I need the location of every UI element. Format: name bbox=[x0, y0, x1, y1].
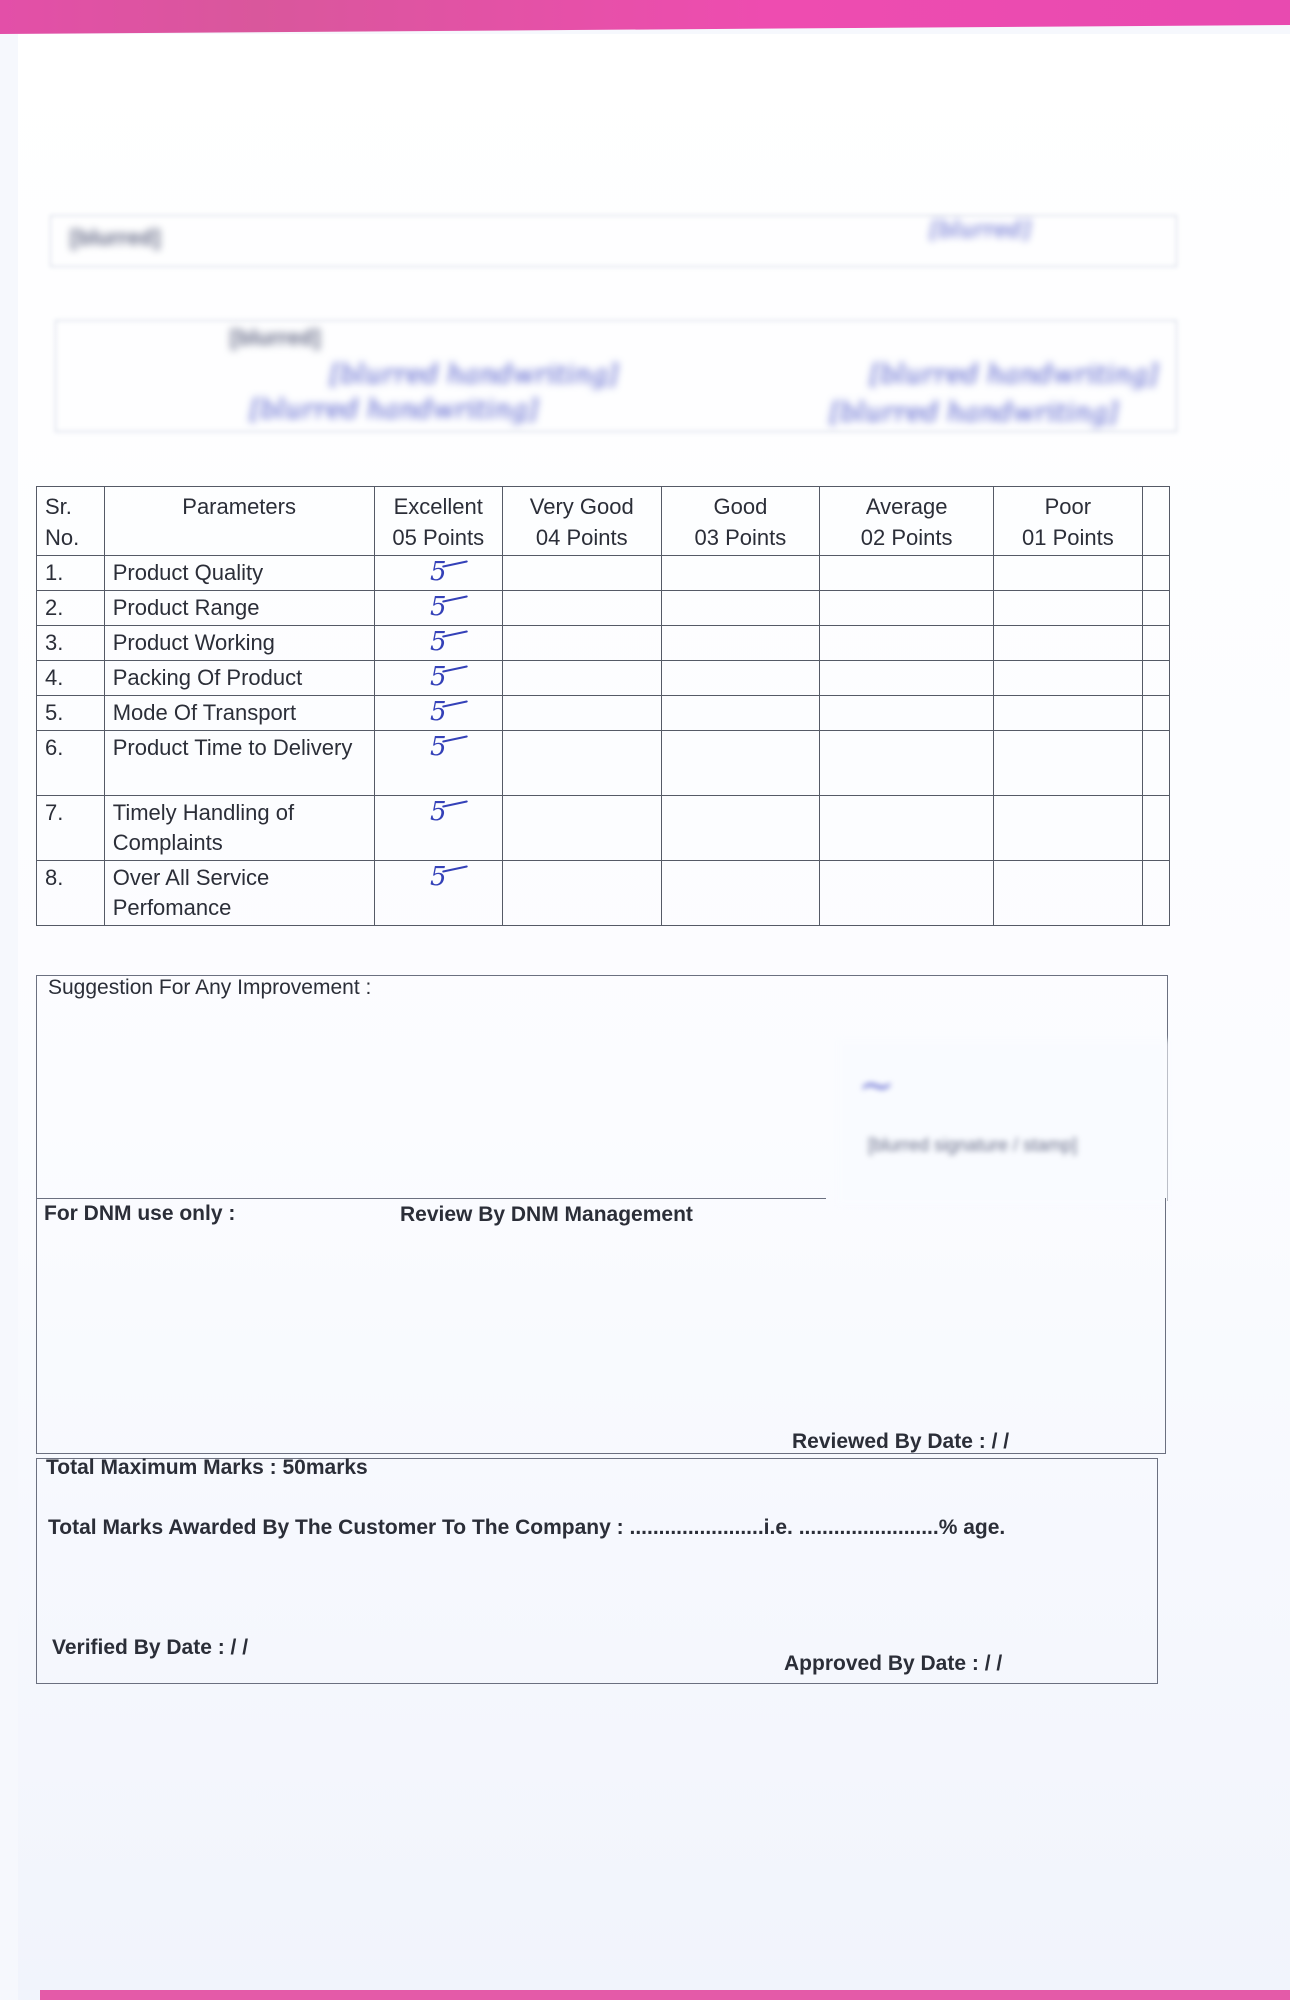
rating-cell-excellent: 5 bbox=[374, 661, 502, 696]
rating-cell-average bbox=[820, 556, 994, 591]
redacted-contact-no: [blurred handwriting] bbox=[870, 360, 1158, 390]
table-row: 1.Product Quality5 bbox=[37, 556, 1170, 591]
row-sr-no: 5. bbox=[37, 696, 105, 731]
header-sr-no: Sr.No. bbox=[37, 487, 105, 556]
rating-cell-very-good bbox=[502, 731, 661, 796]
row-parameter: Over All Service Perfomance bbox=[104, 861, 374, 926]
total-marks-awarded: Total Marks Awarded By The Customer To T… bbox=[48, 1516, 1005, 1540]
pink-folder-edge-top bbox=[0, 0, 1290, 34]
row-parameter: Product Quality bbox=[104, 556, 374, 591]
row-blank-cell bbox=[1142, 731, 1169, 796]
table-row: 4.Packing Of Product5 bbox=[37, 661, 1170, 696]
row-blank-cell bbox=[1142, 661, 1169, 696]
rating-cell-very-good bbox=[502, 626, 661, 661]
redacted-company-name: [blurred] bbox=[70, 225, 160, 251]
rating-cell-good bbox=[661, 861, 820, 926]
row-sr-no: 3. bbox=[37, 626, 105, 661]
handwritten-score: 5 bbox=[430, 629, 447, 655]
rating-cell-poor bbox=[994, 556, 1143, 591]
row-blank-cell bbox=[1142, 696, 1169, 731]
rating-cell-very-good bbox=[502, 696, 661, 731]
rating-cell-average bbox=[820, 626, 994, 661]
rating-cell-poor bbox=[994, 626, 1143, 661]
row-sr-no: 2. bbox=[37, 591, 105, 626]
handwritten-score: 5 bbox=[430, 699, 447, 725]
rating-cell-poor bbox=[994, 731, 1143, 796]
rating-cell-poor bbox=[994, 591, 1143, 626]
dnm-use-label: For DNM use only : bbox=[44, 1202, 235, 1226]
rating-cell-good bbox=[661, 796, 820, 861]
row-sr-no: 8. bbox=[37, 861, 105, 926]
row-blank-cell bbox=[1142, 626, 1169, 661]
total-max-marks: Total Maximum Marks : 50marks bbox=[46, 1456, 368, 1480]
header-excellent: Excellent05 Points bbox=[374, 487, 502, 556]
handwritten-score: 5 bbox=[430, 559, 447, 585]
header-good: Good03 Points bbox=[661, 487, 820, 556]
table-row: 3.Product Working5 bbox=[37, 626, 1170, 661]
redacted-address: [blurred handwriting] bbox=[250, 395, 538, 425]
row-parameter: Product Working bbox=[104, 626, 374, 661]
rating-cell-good bbox=[661, 731, 820, 796]
row-sr-no: 7. bbox=[37, 796, 105, 861]
table-row: 7.Timely Handling of Complaints5 bbox=[37, 796, 1170, 861]
redacted-signature-stamp: ~ [blurred signature / stamp] bbox=[838, 1040, 1168, 1205]
table-row: 5.Mode Of Transport5 bbox=[37, 696, 1170, 731]
rating-cell-excellent: 5 bbox=[374, 861, 502, 926]
rating-cell-poor bbox=[994, 796, 1143, 861]
rating-cell-very-good bbox=[502, 661, 661, 696]
reviewed-by-date: Reviewed By Date : / / bbox=[792, 1430, 1009, 1454]
row-sr-no: 6. bbox=[37, 731, 105, 796]
row-blank-cell bbox=[1142, 861, 1169, 926]
rating-cell-poor bbox=[994, 696, 1143, 731]
header-average: Average02 Points bbox=[820, 487, 994, 556]
rating-cell-good bbox=[661, 591, 820, 626]
table-row: 8.Over All Service Perfomance5 bbox=[37, 861, 1170, 926]
rating-cell-excellent: 5 bbox=[374, 796, 502, 861]
rating-cell-average bbox=[820, 591, 994, 626]
row-parameter: Timely Handling of Complaints bbox=[104, 796, 374, 861]
rating-cell-average bbox=[820, 661, 994, 696]
header-poor: Poor01 Points bbox=[994, 487, 1143, 556]
rating-cell-good bbox=[661, 661, 820, 696]
rating-cell-very-good bbox=[502, 556, 661, 591]
rating-cell-average bbox=[820, 696, 994, 731]
rating-cell-excellent: 5 bbox=[374, 731, 502, 796]
rating-cell-good bbox=[661, 626, 820, 661]
approved-by-date: Approved By Date : / / bbox=[784, 1652, 1002, 1676]
row-parameter: Product Range bbox=[104, 591, 374, 626]
row-blank-cell bbox=[1142, 796, 1169, 861]
rating-cell-very-good bbox=[502, 861, 661, 926]
verified-by-date: Verified By Date : / / bbox=[52, 1636, 248, 1660]
handwritten-score: 5 bbox=[430, 864, 447, 890]
row-blank-cell bbox=[1142, 556, 1169, 591]
rating-cell-poor bbox=[994, 861, 1143, 926]
handwritten-score: 5 bbox=[430, 664, 447, 690]
row-parameter: Product Time to Delivery bbox=[104, 731, 374, 796]
rating-cell-very-good bbox=[502, 796, 661, 861]
redacted-email: [blurred handwriting] bbox=[830, 398, 1118, 428]
suggestion-label: Suggestion For Any Improvement : bbox=[48, 976, 371, 1000]
header-parameters: Parameters bbox=[104, 487, 374, 556]
handwritten-score: 5 bbox=[430, 594, 447, 620]
row-blank-cell bbox=[1142, 591, 1169, 626]
dnm-box bbox=[36, 1198, 1166, 1454]
rating-cell-excellent: 5 bbox=[374, 626, 502, 661]
rating-cell-excellent: 5 bbox=[374, 556, 502, 591]
row-sr-no: 4. bbox=[37, 661, 105, 696]
dnm-review-label: Review By DNM Management bbox=[400, 1203, 693, 1227]
rating-cell-excellent: 5 bbox=[374, 591, 502, 626]
rating-cell-good bbox=[661, 696, 820, 731]
row-parameter: Packing Of Product bbox=[104, 661, 374, 696]
handwritten-score: 5 bbox=[430, 799, 447, 825]
row-parameter: Mode Of Transport bbox=[104, 696, 374, 731]
rating-cell-good bbox=[661, 556, 820, 591]
redacted-issue-date: [blurred] bbox=[930, 218, 1031, 243]
row-sr-no: 1. bbox=[37, 556, 105, 591]
table-row: 6.Product Time to Delivery5 bbox=[37, 731, 1170, 796]
ratings-table: Sr.No. Parameters Excellent05 Points Ver… bbox=[36, 486, 1170, 926]
table-header-row: Sr.No. Parameters Excellent05 Points Ver… bbox=[37, 487, 1170, 556]
rating-cell-excellent: 5 bbox=[374, 696, 502, 731]
header-blank bbox=[1142, 487, 1169, 556]
redacted-form-title: [blurred] bbox=[230, 325, 320, 351]
header-very-good: Very Good04 Points bbox=[502, 487, 661, 556]
pink-folder-edge-bottom bbox=[40, 1990, 1290, 2000]
rating-cell-average bbox=[820, 796, 994, 861]
handwritten-score: 5 bbox=[430, 734, 447, 760]
rating-cell-average bbox=[820, 731, 994, 796]
rating-cell-average bbox=[820, 861, 994, 926]
table-row: 2.Product Range5 bbox=[37, 591, 1170, 626]
redacted-customer-name: [blurred handwriting] bbox=[330, 360, 618, 390]
rating-cell-poor bbox=[994, 661, 1143, 696]
rating-cell-very-good bbox=[502, 591, 661, 626]
